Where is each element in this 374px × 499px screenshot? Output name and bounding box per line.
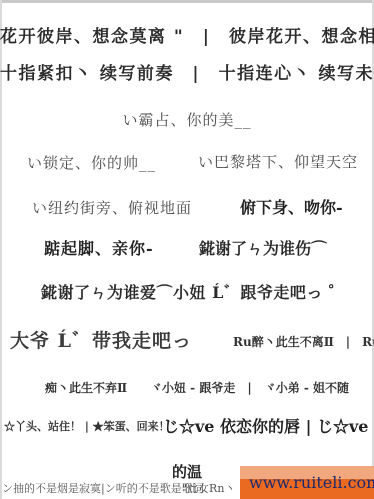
watermark-url: www.ruiteli.com [240, 473, 374, 492]
nickname-row-5-right: 俯下身、吻你- [240, 198, 343, 218]
nickname-row-6-right: 錵谢了ㄣ为谁伤⌒ [199, 239, 327, 259]
nickname-row-5-left: い纽约街旁、俯视地面 [32, 199, 192, 218]
nickname-row-3: い霸占、你的美__ [0, 111, 374, 130]
nickname-pair-row-1: 花开彼岸、想念莫离 " | 彼岸花开、想念相惜 " [0, 27, 374, 48]
nickname-list-page: 花开彼岸、想念莫离 " | 彼岸花开、想念相惜 " 十指紧扣丶 续写前奏 | 十… [0, 0, 374, 499]
nickname-pair-row-2: 十指紧扣丶 续写前奏 | 十指连心丶 续写未来 [0, 64, 374, 85]
nickname-row-6-left: 踮起脚、亲你- [44, 239, 154, 259]
nickname-row-8-left: 大爷 Ĺ゛带我走吧っ [10, 330, 192, 354]
nickname-row-4-right: い巴黎塔下、仰望天空 [198, 153, 358, 172]
nickname-row-4-left: い锁定、你的帅__ [27, 154, 156, 173]
watermark-banner: www.ruiteli.com [240, 466, 374, 499]
nickname-row-7: 錵谢了ㄣ为谁爱⌒小妞 Ĺ゛跟爷走吧っ ゜ [41, 283, 345, 303]
nickname-row-10-right: じ☆ve 依恋你的唇 | じ☆ve 怀念你 [163, 417, 374, 437]
nickname-row-9-right: ヾ小妞 - 跟爷走 | ヾ小弟 - 姐不随 [150, 381, 349, 396]
nickname-row-8-right: Ru醉丶此生不离Ⅱ | Ru [233, 335, 374, 350]
nickname-row-12-left: ン抽的不是烟是寂寞|ン听的不是歌是歌词 [2, 482, 204, 496]
nickname-row-10-left: ☆丫头、站住！ | ★笨蛋、回来！ [4, 420, 170, 434]
nickname-row-12-right: "此女Rn丶 [182, 482, 235, 496]
nickname-row-9-left: 痴丶此生不弃Ⅱ [45, 381, 127, 396]
nickname-row-11-wrap: 的温 [172, 463, 202, 482]
page-border-top [0, 0, 374, 3]
